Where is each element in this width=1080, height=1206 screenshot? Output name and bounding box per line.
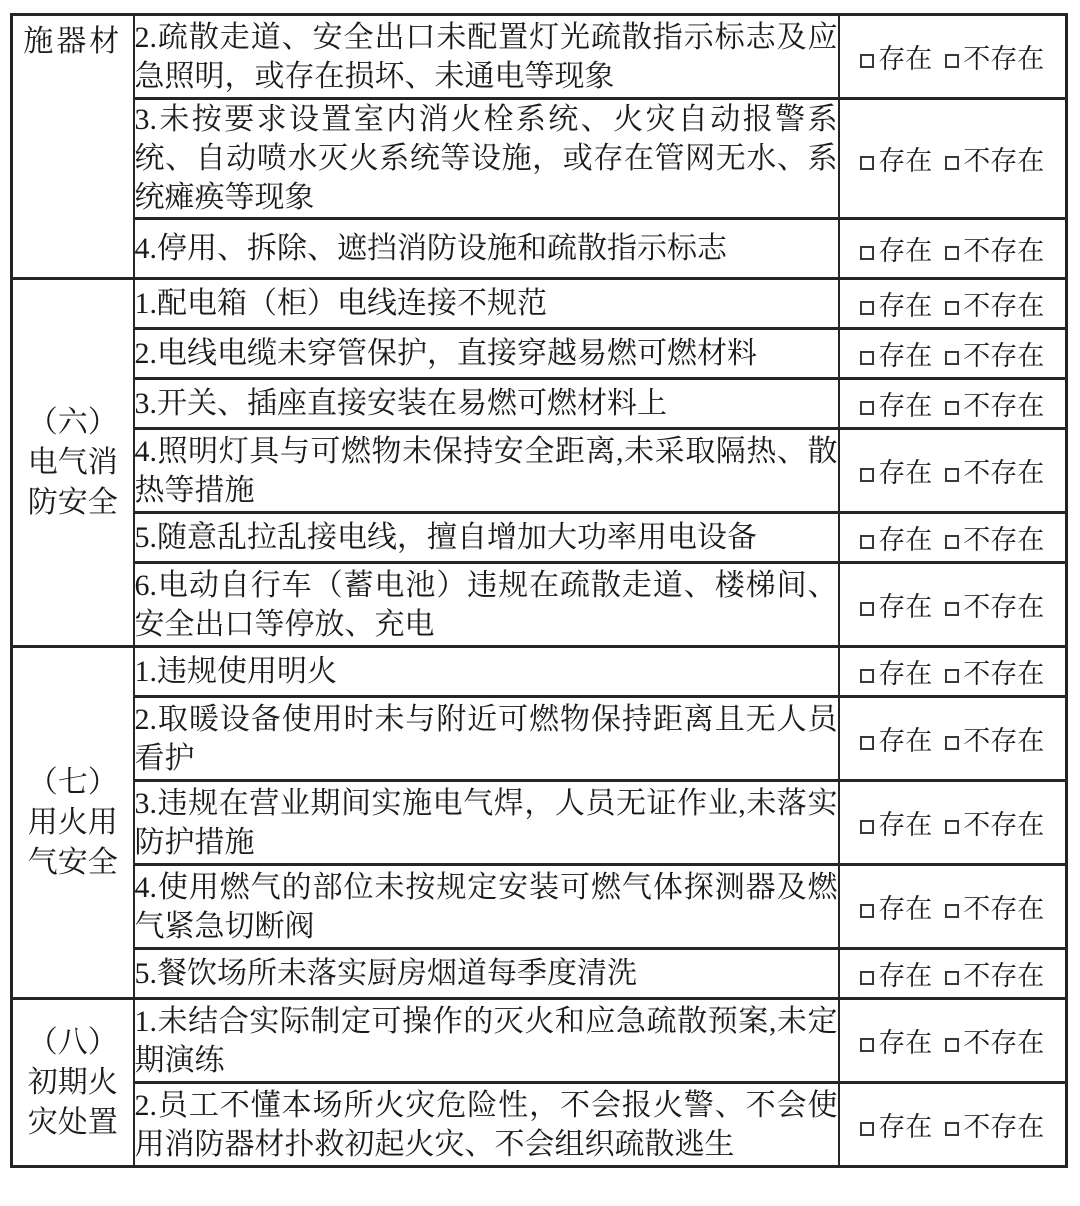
exist-option: 存在 [860,37,932,76]
table-row: 2.电线电缆未穿管保护，直接穿越易燃可燃材料 存在不存在 [12,329,1067,379]
status-cell: 存在不存在 [839,999,1067,1083]
checkbox-exist[interactable] [860,602,874,616]
checkbox-exist[interactable] [860,1038,874,1052]
checkbox-not-exist[interactable] [945,971,959,985]
not-exist-option: 不存在 [945,284,1044,323]
table-row: （六） 电气消 防安全 1.配电箱（柜）电线连接不规范 存在不存在 [12,279,1067,329]
status-cell: 存在不存在 [839,865,1067,949]
item-cell: 2.员工不懂本场所火灾危险性，不会报火警、不会使用消防器材扑救初起火灾、不会组织… [134,1083,839,1167]
section-label-facilities: 施器材 [12,15,134,279]
status-label-not-exist: 不存在 [963,146,1044,176]
exist-option: 存在 [860,451,932,490]
status-label-not-exist: 不存在 [963,1112,1044,1142]
status-label-not-exist: 不存在 [963,592,1044,622]
section-label-initial-fire: （八） 初期火 灾处置 [12,999,134,1167]
not-exist-option: 不存在 [945,652,1044,691]
status-cell: 存在不存在 [839,99,1067,219]
status-label-exist: 存在 [878,146,932,176]
exist-option: 存在 [860,954,932,993]
item-cell: 4.照明灯具与可燃物未保持安全距离,未采取隔热、散热等措施 [134,429,839,513]
checkbox-exist[interactable] [860,820,874,834]
status-label-not-exist: 不存在 [963,810,1044,840]
status-cell: 存在不存在 [839,781,1067,865]
status-cell: 存在不存在 [839,15,1067,99]
checkbox-not-exist[interactable] [945,1038,959,1052]
not-exist-option: 不存在 [945,887,1044,926]
checkbox-not-exist[interactable] [945,535,959,549]
status-label-not-exist: 不存在 [963,341,1044,371]
section-label-line: 防安全 [13,483,133,523]
checkbox-not-exist[interactable] [945,820,959,834]
not-exist-option: 不存在 [945,518,1044,557]
status-label-not-exist: 不存在 [963,391,1044,421]
checkbox-exist[interactable] [860,401,874,415]
item-cell: 3.未按要求设置室内消火栓系统、火灾自动报警系统、自动喷水灭火系统等设施，或存在… [134,99,839,219]
table-row: 3.开关、插座直接安装在易燃可燃材料上 存在不存在 [12,379,1067,429]
table-row: 2.取暖设备使用时未与附近可燃物保持距离且无人员看护 存在不存在 [12,697,1067,781]
section-label-line: 用火用 [13,803,133,843]
status-label-exist: 存在 [878,726,932,756]
inspection-checklist-table: 施器材 2.疏散走道、安全出口未配置灯光疏散指示标志及应急照明，或存在损坏、未通… [10,13,1068,1168]
exist-option: 存在 [860,334,932,373]
status-label-exist: 存在 [878,894,932,924]
item-cell: 4.停用、拆除、遮挡消防设施和疏散指示标志 [134,219,839,279]
not-exist-option: 不存在 [945,139,1044,178]
item-cell: 2.取暖设备使用时未与附近可燃物保持距离且无人员看护 [134,697,839,781]
checkbox-exist[interactable] [860,468,874,482]
status-label-exist: 存在 [878,391,932,421]
table-row: 5.餐饮场所未落实厨房烟道每季度清洗 存在不存在 [12,949,1067,999]
table-row: 6.电动自行车（蓄电池）违规在疏散走道、楼梯间、安全出口等停放、充电 存在不存在 [12,563,1067,647]
checkbox-exist[interactable] [860,736,874,750]
status-label-exist: 存在 [878,291,932,321]
status-label-not-exist: 不存在 [963,291,1044,321]
checkbox-not-exist[interactable] [945,669,959,683]
table-row: 3.违规在营业期间实施电气焊，人员无证作业,未落实防护措施 存在不存在 [12,781,1067,865]
status-label-exist: 存在 [878,44,932,74]
item-cell: 1.违规使用明火 [134,647,839,697]
status-label-not-exist: 不存在 [963,236,1044,266]
status-label-not-exist: 不存在 [963,44,1044,74]
status-label-not-exist: 不存在 [963,659,1044,689]
not-exist-option: 不存在 [945,719,1044,758]
checkbox-exist[interactable] [860,156,874,170]
status-label-exist: 存在 [878,341,932,371]
status-cell: 存在不存在 [839,279,1067,329]
status-label-exist: 存在 [878,525,932,555]
exist-option: 存在 [860,1105,932,1144]
checkbox-exist[interactable] [860,1122,874,1136]
table-row: 4.使用燃气的部位未按规定安装可燃气体探测器及燃气紧急切断阀 存在不存在 [12,865,1067,949]
table-row: 3.未按要求设置室内消火栓系统、火灾自动报警系统、自动喷水灭火系统等设施，或存在… [12,99,1067,219]
item-cell: 1.配电箱（柜）电线连接不规范 [134,279,839,329]
checkbox-not-exist[interactable] [945,1122,959,1136]
status-cell: 存在不存在 [839,697,1067,781]
checkbox-not-exist[interactable] [945,156,959,170]
status-label-exist: 存在 [878,1112,932,1142]
checkbox-not-exist[interactable] [945,904,959,918]
section-label-line: （六） [13,403,133,443]
not-exist-option: 不存在 [945,384,1044,423]
status-label-exist: 存在 [878,1028,932,1058]
status-label-not-exist: 不存在 [963,525,1044,555]
section-label-line: （七） [13,763,133,803]
section-label-line: （八） [13,1023,133,1063]
checkbox-exist[interactable] [860,904,874,918]
not-exist-option: 不存在 [945,1105,1044,1144]
item-cell: 5.随意乱拉乱接电线，擅自增加大功率用电设备 [134,513,839,563]
item-cell: 5.餐饮场所未落实厨房烟道每季度清洗 [134,949,839,999]
exist-option: 存在 [860,887,932,926]
section-label-line: 灾处置 [13,1103,133,1143]
status-label-not-exist: 不存在 [963,726,1044,756]
status-label-exist: 存在 [878,592,932,622]
not-exist-option: 不存在 [945,37,1044,76]
table-row: 4.照明灯具与可燃物未保持安全距离,未采取隔热、散热等措施 存在不存在 [12,429,1067,513]
status-label-not-exist: 不存在 [963,458,1044,488]
exist-option: 存在 [860,652,932,691]
not-exist-option: 不存在 [945,334,1044,373]
checkbox-not-exist[interactable] [945,602,959,616]
status-cell: 存在不存在 [839,379,1067,429]
exist-option: 存在 [860,384,932,423]
status-cell: 存在不存在 [839,647,1067,697]
exist-option: 存在 [860,1021,932,1060]
status-cell: 存在不存在 [839,1083,1067,1167]
not-exist-option: 不存在 [945,954,1044,993]
status-label-not-exist: 不存在 [963,894,1044,924]
status-cell: 存在不存在 [839,513,1067,563]
table-row: 5.随意乱拉乱接电线，擅自增加大功率用电设备 存在不存在 [12,513,1067,563]
checkbox-not-exist[interactable] [945,468,959,482]
table-row: 施器材 2.疏散走道、安全出口未配置灯光疏散指示标志及应急照明，或存在损坏、未通… [12,15,1067,99]
status-cell: 存在不存在 [839,329,1067,379]
exist-option: 存在 [860,585,932,624]
status-cell: 存在不存在 [839,429,1067,513]
item-cell: 3.违规在营业期间实施电气焊，人员无证作业,未落实防护措施 [134,781,839,865]
status-label-exist: 存在 [878,810,932,840]
checkbox-not-exist[interactable] [945,301,959,315]
table-row: 2.员工不懂本场所火灾危险性，不会报火警、不会使用消防器材扑救初起火灾、不会组织… [12,1083,1067,1167]
checkbox-not-exist[interactable] [945,246,959,260]
exist-option: 存在 [860,518,932,557]
section-label-electrical: （六） 电气消 防安全 [12,279,134,647]
item-cell: 2.电线电缆未穿管保护，直接穿越易燃可燃材料 [134,329,839,379]
status-label-exist: 存在 [878,659,932,689]
checkbox-not-exist[interactable] [945,401,959,415]
checkbox-exist[interactable] [860,669,874,683]
section-label-line: 电气消 [13,443,133,483]
status-label-exist: 存在 [878,961,932,991]
item-cell: 3.开关、插座直接安装在易燃可燃材料上 [134,379,839,429]
item-cell: 6.电动自行车（蓄电池）违规在疏散走道、楼梯间、安全出口等停放、充电 [134,563,839,647]
item-cell: 1.未结合实际制定可操作的灭火和应急疏散预案,未定期演练 [134,999,839,1083]
status-cell: 存在不存在 [839,563,1067,647]
section-label-line: 初期火 [13,1063,133,1103]
exist-option: 存在 [860,139,932,178]
exist-option: 存在 [860,719,932,758]
not-exist-option: 不存在 [945,1021,1044,1060]
checkbox-exist[interactable] [860,246,874,260]
checkbox-not-exist[interactable] [945,736,959,750]
checkbox-exist[interactable] [860,351,874,365]
table-row: 4.停用、拆除、遮挡消防设施和疏散指示标志 存在不存在 [12,219,1067,279]
checkbox-exist[interactable] [860,301,874,315]
status-label-exist: 存在 [878,458,932,488]
not-exist-option: 不存在 [945,585,1044,624]
not-exist-option: 不存在 [945,229,1044,268]
status-label-exist: 存在 [878,236,932,266]
checkbox-not-exist[interactable] [945,351,959,365]
status-cell: 存在不存在 [839,949,1067,999]
checkbox-exist[interactable] [860,54,874,68]
exist-option: 存在 [860,229,932,268]
checkbox-not-exist[interactable] [945,54,959,68]
section-label-line: 气安全 [13,843,133,883]
table-row: （七） 用火用 气安全 1.违规使用明火 存在不存在 [12,647,1067,697]
checkbox-exist[interactable] [860,535,874,549]
item-cell: 4.使用燃气的部位未按规定安装可燃气体探测器及燃气紧急切断阀 [134,865,839,949]
exist-option: 存在 [860,803,932,842]
not-exist-option: 不存在 [945,803,1044,842]
exist-option: 存在 [860,284,932,323]
status-label-not-exist: 不存在 [963,961,1044,991]
status-cell: 存在不存在 [839,219,1067,279]
item-cell: 2.疏散走道、安全出口未配置灯光疏散指示标志及应急照明，或存在损坏、未通电等现象 [134,15,839,99]
section-label-fire-gas: （七） 用火用 气安全 [12,647,134,999]
not-exist-option: 不存在 [945,451,1044,490]
section-label-line: 施器材 [13,22,133,62]
status-label-not-exist: 不存在 [963,1028,1044,1058]
checkbox-exist[interactable] [860,971,874,985]
table-row: （八） 初期火 灾处置 1.未结合实际制定可操作的灭火和应急疏散预案,未定期演练… [12,999,1067,1083]
scanned-checklist-page: 施器材 2.疏散走道、安全出口未配置灯光疏散指示标志及应急照明，或存在损坏、未通… [0,0,1080,1206]
